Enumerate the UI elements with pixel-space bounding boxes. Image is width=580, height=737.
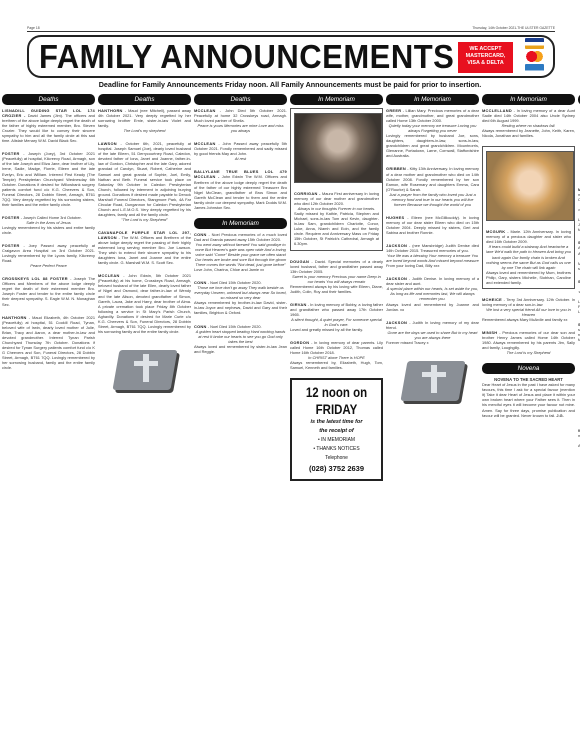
notice-tail: Remembered always Mary McArdle and famil… — [482, 317, 567, 322]
advert-telephone-label: Telephone — [300, 454, 372, 463]
notice-entry-framed: CORRIGAN - Maura First anniversary In lo… — [290, 108, 383, 251]
notice-verse: You went away without farewell You said … — [194, 242, 287, 267]
notice-entry: HUGHES - Eileen (nee McGillicuddy). In l… — [386, 215, 479, 235]
notice-verse: Gone are the days we used to share But i… — [386, 330, 479, 340]
deadline-advert: 12 noon on FRIDAY is the latest time for… — [290, 378, 383, 481]
column-deaths-3: Deaths MCCLEAN - John Died 5th October 2… — [194, 94, 287, 737]
notice-verse: A special place within our hearts, Is se… — [386, 286, 479, 301]
notice-tail: Always loved and remembered by Mum, brot… — [486, 270, 571, 285]
card-payment-badge: WE ACCEPT MASTERCARD, VISA & DELTA — [458, 42, 513, 73]
page-number: Page 18 — [27, 26, 40, 31]
notice-entry: CONN - Noel Precious memories of a much … — [194, 232, 287, 272]
notice-entry: JACKSON - Judith Denise. In loving memor… — [386, 276, 479, 311]
novena-entry: NOVENA TO THE SACRED HEARTDear Heart of … — [482, 377, 575, 417]
notice-body: - Noel Died 15th October 2020. — [208, 324, 262, 329]
notice-body: - Joseph (Joey), 3rd October 2021 (Peace… — [2, 151, 95, 206]
notice-verse: At rest — [194, 156, 287, 161]
column-in-memoriam-3: In Memoriam MCCLELLAND - In loving memor… — [482, 94, 575, 737]
cards-line-1: WE ACCEPT — [458, 46, 513, 53]
notice-tail: Always loved and remembered by sister-in… — [194, 344, 287, 354]
notice-entry: MCCLELLAND - In loving memory of a dear … — [482, 108, 575, 138]
bible-cross-icon — [110, 346, 180, 394]
notice-entry: HANTHORN - Maud (nee Mitchell), passed a… — [98, 108, 191, 133]
section-header-deaths: Deaths — [98, 94, 191, 105]
notice-entry: JACKSON - Judith In loving memory of my … — [386, 320, 479, 345]
visa-logo-icon — [525, 38, 544, 49]
notice-verse: "The Lord is my Shepherd" — [98, 217, 191, 222]
notice-tail: Always remembered by brother-in-law Davi… — [194, 300, 287, 315]
notice-entry: CONN - Noel Died 15th October 2020.A gol… — [194, 324, 287, 354]
banner-title: FAMILY ANNOUNCEMENTS — [39, 37, 454, 76]
notice-entry: MCCLEAN - John Passed away peacefully 5t… — [194, 141, 287, 161]
section-header-in-memoriam: In Memoriam — [386, 94, 479, 105]
section-header-in-memoriam: In Memoriam — [194, 218, 287, 229]
notice-verse: Those we love don't go away They walk be… — [194, 285, 287, 300]
notice-body: - Maud Elizabeth, 4th October 2021 (Peac… — [2, 315, 95, 370]
advert-line-4: the receipt of — [294, 427, 379, 436]
section-header-novena: Novena — [482, 363, 575, 374]
notice-entry: GIRVAN - In loving memory of Bobby, a lo… — [290, 302, 383, 332]
notice-entry-framed: MCGURK - Marie. 12th Anniversary. In lov… — [482, 146, 575, 289]
advert-item-thanks: • THANKS NOTICES — [300, 445, 372, 454]
notice-tail: Loved and greatly missed by all the fami… — [290, 327, 363, 332]
notice-body: - The W.M. Officers and Brethren of the … — [98, 235, 191, 265]
column-in-memoriam-1: In Memoriam CORRIGAN - Maura First anniv… — [290, 94, 383, 737]
notice-entry: GRIBBEN - Kitty 13th Anniversary. In lov… — [386, 166, 479, 206]
announcement-columns: Deaths LISNADILL GUIDING STAR LOL 174 CR… — [2, 94, 578, 737]
notice-entry: CROSSKEYS LOL 88 FOSTER - Joseph The Off… — [2, 276, 95, 306]
notice-entry: FOSTER - Joseph Called Home 3rd October.… — [2, 215, 95, 235]
notice-entry: DOUGAN - David. Special memories of a de… — [290, 259, 383, 294]
notice-heading: FOSTER — [2, 215, 20, 220]
notice-verse: Your life was a blessing Your memory a t… — [386, 253, 479, 263]
notice-tail: Lovingly remembered by his sisters and e… — [2, 225, 95, 235]
notice-entry: CAVANAPOLE PURPLE STAR LOL 297, LAWSON -… — [98, 230, 191, 265]
page-header: Page 18 Thursday, 14th October 2021-THE … — [27, 26, 555, 32]
section-header-in-memoriam: In Memoriam — [482, 94, 575, 105]
advert-item-in-memoriam: • IN MEMORIAM — [300, 436, 372, 445]
notice-tail: Love John, Charina, Chloe and Jamie xx — [194, 267, 264, 272]
notice-entry: FOSTER - Joseph (Joey), 3rd October 2021… — [2, 151, 95, 207]
notice-verse: The Lord is my Shepherd — [482, 350, 575, 355]
advert-phone-number: (028) 3752 2639 — [294, 463, 379, 475]
notice-verse: If tears could build a stairway And hear… — [486, 244, 571, 269]
cards-line-2: MASTERCARD, — [458, 53, 513, 60]
notice-body: - John Edwin, 5th October 2021 (Peaceful… — [98, 273, 191, 334]
column-deaths-2: Deaths HANTHORN - Maud (nee Mitchell), p… — [98, 94, 191, 737]
notice-body: - Noel Precious memories of a much loved… — [194, 232, 287, 242]
notice-verse: A silent thought, A quiet prayer, For so… — [290, 317, 383, 327]
notice-verse: A golden heart stopped beating Hard work… — [194, 329, 287, 344]
notice-verse: Just a prayer from the family who loved … — [386, 192, 479, 207]
notice-entry: MCCLEAN - John Edwin, 5th October 2021 (… — [98, 273, 191, 334]
notice-tail: From your loving Dad, Billy xxx — [386, 263, 439, 268]
notice-tail: Forever missed Tracey x — [386, 340, 429, 345]
column-deaths-1: Deaths LISNADILL GUIDING STAR LOL 174 CR… — [2, 94, 95, 737]
notice-entry: MINISH - Precious memories of our dear s… — [482, 330, 575, 355]
memorial-photo — [294, 113, 382, 183]
memorial-photo — [486, 151, 574, 221]
notice-tail: Always remembered by, Elizabeth, Hugh, T… — [290, 360, 383, 370]
notice-tail: Always loved and remembered by Joanne an… — [386, 302, 479, 312]
notice-entry: CONN - Noel Died 15th October 2020.Those… — [194, 280, 287, 315]
notice-verse: The Lord's my shepherd — [98, 128, 191, 133]
section-header-deaths: Deaths — [194, 94, 287, 105]
notice-verse: Peace Perfect Peace — [2, 263, 95, 268]
notice-entry: JACKSON - (nee Mansbridge) Judith Denise… — [386, 243, 479, 268]
column-in-memoriam-2: In Memoriam GREER - Lillian Mary. Precio… — [386, 94, 479, 737]
notice-verse: Peace is yours Memories are mine Love an… — [194, 123, 287, 133]
section-header-in-memoriam: In Memoriam — [290, 94, 383, 105]
mastercard-logo-icon — [525, 51, 544, 62]
bible-cross-icon — [398, 357, 468, 405]
notice-entry: GORDON - In loving memory of dear parent… — [290, 340, 383, 370]
dateline: Thursday, 14th October 2021-THE ULSTER G… — [472, 26, 555, 31]
notice-entry: HANTHORN - Maud Elizabeth, 4th October 2… — [2, 315, 95, 371]
notice-body: John Edwin The W.M. Officers and Brethre… — [194, 174, 287, 209]
delta-logo-icon — [525, 64, 544, 75]
advert-line-2: FRIDAY — [302, 401, 372, 418]
notice-entry: MCCLEAN - John Died 5th October 2021. Pe… — [194, 108, 287, 133]
card-logos — [523, 38, 545, 76]
notice-entry: BALLYLANE TRUE BLUES LOL 479 MCCLEAN - J… — [194, 169, 287, 209]
notice-heading: CONN — [194, 324, 207, 329]
notice-verse: Sweet is your memory Precious your name … — [290, 274, 383, 284]
notice-entry: LISNADILL GUIDING STAR LOL 174 CROZIER -… — [2, 108, 95, 143]
notice-body: - October 6th, 2021, peacefully at hospi… — [98, 141, 191, 217]
notice-entry: MCHEICE - Terry 3rd Anniversary. 12th Oc… — [482, 297, 575, 322]
notice-tail: Remembered always by his loving wife Eil… — [290, 284, 383, 294]
notice-body: David James (Jim). The officers and bret… — [2, 113, 95, 143]
notice-verse: We lost a very special friend All our lo… — [482, 307, 575, 317]
notice-tail: Always remembered by Jeanette, John, Kei… — [482, 128, 575, 138]
notice-tail: Lovingly remembered by husband Joe, sons… — [386, 133, 479, 158]
notice-tail: Sadly missed by Kathie, Patricia, Stephe… — [294, 211, 379, 246]
notice-verse: Quietly today your memory we treasure Lo… — [386, 123, 479, 133]
cards-line-3: VISA & DELTA — [458, 60, 513, 67]
section-banner: FAMILY ANNOUNCEMENTS WE ACCEPT MASTERCAR… — [27, 35, 555, 78]
deadline-notice: Deadline for Family Announcements Friday… — [0, 80, 580, 89]
notice-entry: GREER - Lillian Mary. Precious memories … — [386, 108, 479, 158]
advert-line-3: is the latest time for — [294, 418, 379, 427]
section-header-deaths: Deaths — [2, 94, 95, 105]
novena-initials: J.G. — [556, 413, 563, 418]
notice-entry: LAWSON - October 6th, 2021, peacefully a… — [98, 141, 191, 222]
notice-body: - Joseph The Officers and Members of the… — [2, 276, 95, 306]
advert-line-1: 12 noon on — [302, 384, 372, 401]
notice-entry: FOSTER - Joey Passed away peacefully at … — [2, 243, 95, 268]
